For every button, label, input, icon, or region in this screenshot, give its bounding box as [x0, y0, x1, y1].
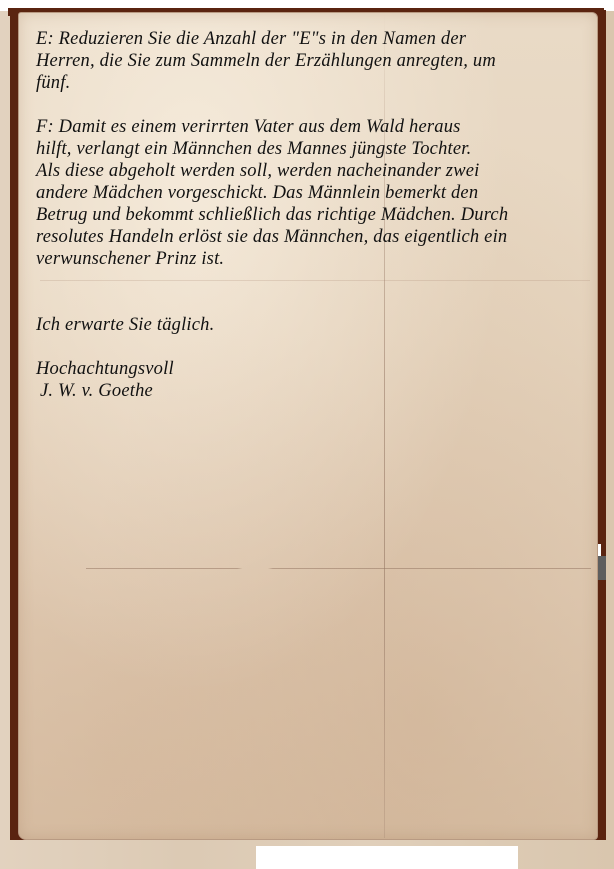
- bottom-gap: [256, 846, 518, 869]
- text-line: resolutes Handeln erlöst sie das Männche…: [36, 226, 556, 248]
- paragraph-f: F: Damit es einem verirrten Vater aus de…: [36, 116, 556, 270]
- paragraph-spacer: [36, 270, 556, 314]
- text-line: Herren, die Sie zum Sammeln der Erzählun…: [36, 50, 556, 72]
- letter-body: E: Reduzieren Sie die Anzahl der "E"s in…: [36, 28, 556, 402]
- paragraph-e: E: Reduzieren Sie die Anzahl der "E"s in…: [36, 28, 556, 94]
- closing-spacer: [36, 336, 556, 358]
- salutation: Hochachtungsvoll: [36, 358, 556, 380]
- text-line: F: Damit es einem verirrten Vater aus de…: [36, 116, 556, 138]
- text-line: andere Mädchen vorgeschickt. Das Männlei…: [36, 182, 556, 204]
- closing-line: Ich erwarte Sie täglich.: [36, 314, 556, 336]
- text-line: fünf.: [36, 72, 556, 94]
- text-line: verwunschener Prinz ist.: [36, 248, 556, 270]
- letter-scene: E: Reduzieren Sie die Anzahl der "E"s in…: [0, 0, 614, 869]
- text-line: E: Reduzieren Sie die Anzahl der "E"s in…: [36, 28, 556, 50]
- text-line: Als diese abgeholt werden soll, werden n…: [36, 160, 556, 182]
- signature: J. W. v. Goethe: [36, 380, 556, 402]
- fold-crease-horizontal: [86, 568, 591, 569]
- text-line: Betrug und bekommt schließlich das richt…: [36, 204, 556, 226]
- text-line: hilft, verlangt ein Männchen des Mannes …: [36, 138, 556, 160]
